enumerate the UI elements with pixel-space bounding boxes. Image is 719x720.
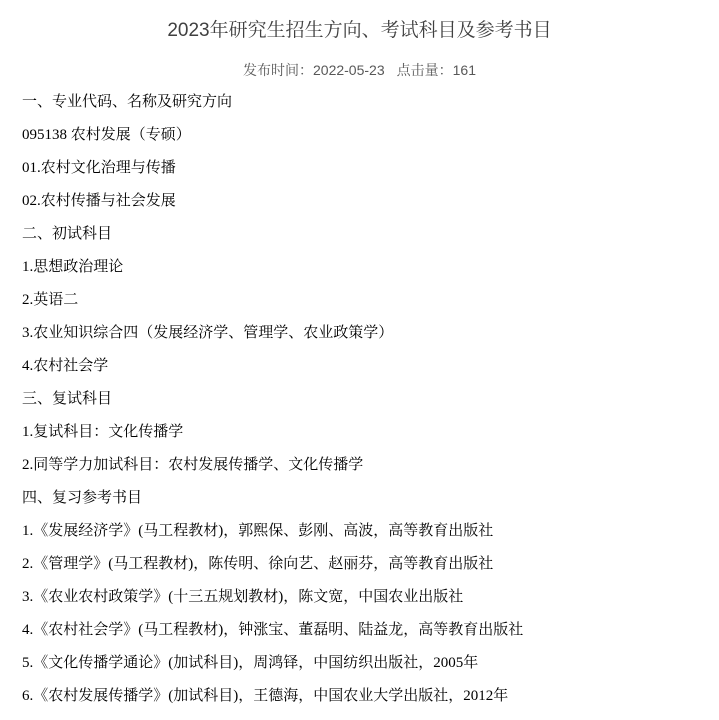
reference-book-item: 1.《发展经济学》(马工程教材)，郭熙保、彭刚、高波，高等教育出版社 <box>22 515 709 548</box>
reference-book-item: 4.《农村社会学》(马工程教材)，钟涨宝、董磊明、陆益龙，高等教育出版社 <box>22 614 709 647</box>
page-title: 2023年研究生招生方向、考试科目及参考书目 <box>0 0 719 43</box>
major-code-line: 095138 农村发展（专硕） <box>22 119 709 152</box>
article-page: 2023年研究生招生方向、考试科目及参考书目 发布时间：2022-05-23点击… <box>0 0 719 720</box>
research-direction-item: 02.农村传播与社会发展 <box>22 185 709 218</box>
view-count-value: 161 <box>453 62 476 78</box>
retest-subject-item: 1.复试科目：文化传播学 <box>22 416 709 449</box>
article-body: 一、专业代码、名称及研究方向 095138 农村发展（专硕） 01.农村文化治理… <box>0 86 719 713</box>
publish-time: 发布时间：2022-05-23 <box>243 62 385 78</box>
section-heading-reference-books: 四、复习参考书目 <box>22 482 709 515</box>
research-direction-item: 01.农村文化治理与传播 <box>22 152 709 185</box>
section-heading-initial-exam: 二、初试科目 <box>22 218 709 251</box>
view-count: 点击量：161 <box>397 62 476 78</box>
section-heading-major-info: 一、专业代码、名称及研究方向 <box>22 86 709 119</box>
section-heading-retest: 三、复试科目 <box>22 383 709 416</box>
publish-time-label: 发布时间： <box>243 62 313 78</box>
exam-subject-item: 4.农村社会学 <box>22 350 709 383</box>
publish-time-value: 2022-05-23 <box>313 62 385 78</box>
retest-subject-item: 2.同等学力加试科目：农村发展传播学、文化传播学 <box>22 449 709 482</box>
exam-subject-item: 1.思想政治理论 <box>22 251 709 284</box>
reference-book-item: 6.《农村发展传播学》(加试科目)，王德海，中国农业大学出版社，2012年 <box>22 680 709 713</box>
exam-subject-item: 3.农业知识综合四（发展经济学、管理学、农业政策学） <box>22 317 709 350</box>
article-meta: 发布时间：2022-05-23点击量：161 <box>0 60 719 80</box>
exam-subject-item: 2.英语二 <box>22 284 709 317</box>
reference-book-item: 5.《文化传播学通论》(加试科目)，周鸿铎，中国纺织出版社，2005年 <box>22 647 709 680</box>
reference-book-item: 2.《管理学》(马工程教材)，陈传明、徐向艺、赵丽芬，高等教育出版社 <box>22 548 709 581</box>
reference-book-item: 3.《农业农村政策学》(十三五规划教材)，陈文宽，中国农业出版社 <box>22 581 709 614</box>
view-count-label: 点击量： <box>397 62 453 78</box>
